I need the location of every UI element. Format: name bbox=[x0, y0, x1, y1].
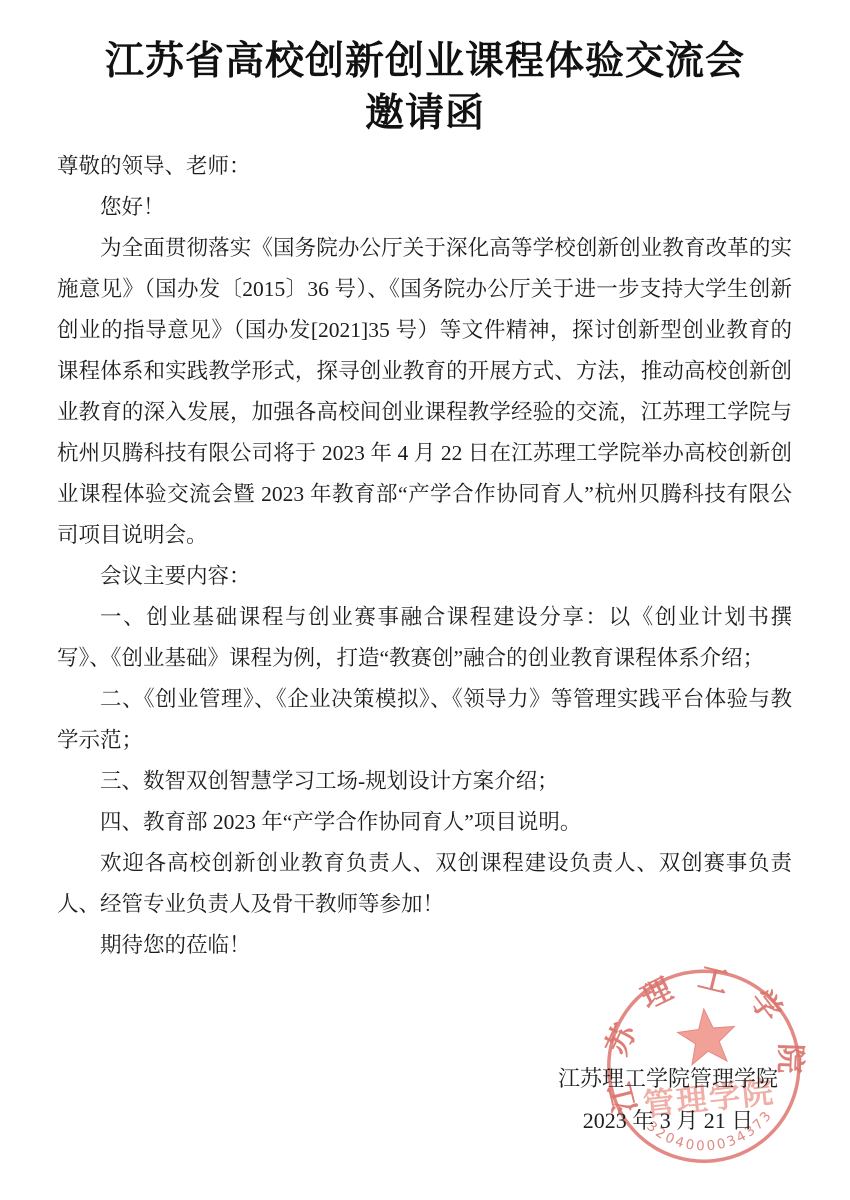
signature-org: 江苏理工学院管理学院 bbox=[558, 1058, 778, 1100]
body-paragraph: 三、数智双创智慧学习工场-规划设计方案介绍； bbox=[57, 761, 792, 802]
body-paragraph: 为全面贯彻落实《国务院办公厅关于深化高等学校创新创业教育改革的实施意见》（国办发… bbox=[57, 228, 792, 556]
body-paragraph: 尊敬的领导、老师： bbox=[57, 146, 792, 187]
seal-star-icon bbox=[675, 1006, 737, 1066]
title-line-1: 江苏省高校创新创业课程体验交流会 bbox=[0, 36, 850, 88]
body-paragraph: 期待您的莅临！ bbox=[57, 925, 792, 966]
signature-block: 江苏理工学院管理学院 2023 年 3 月 21 日 bbox=[558, 1058, 778, 1142]
signature-date: 2023 年 3 月 21 日 bbox=[558, 1100, 778, 1142]
body-paragraph: 会议主要内容： bbox=[57, 556, 792, 597]
body-paragraph: 欢迎各高校创新创业教育负责人、双创课程建设负责人、双创赛事负责人、经管专业负责人… bbox=[57, 843, 792, 925]
title-line-2: 邀请函 bbox=[0, 88, 850, 140]
invitation-letter-page: 江苏省高校创新创业课程体验交流会 邀请函 尊敬的领导、老师：您好！为全面贯彻落实… bbox=[0, 0, 850, 1200]
body-paragraph: 您好！ bbox=[57, 187, 792, 228]
body-paragraph: 四、教育部 2023 年“产学合作协同育人”项目说明。 bbox=[57, 802, 792, 843]
document-title: 江苏省高校创新创业课程体验交流会 邀请函 bbox=[0, 0, 850, 140]
body-paragraph: 二、《创业管理》、《企业决策模拟》、《领导力》等管理实践平台体验与教学示范； bbox=[57, 679, 792, 761]
body-paragraph: 一、创业基础课程与创业赛事融合课程建设分享：以《创业计划书撰写》、《创业基础》课… bbox=[57, 597, 792, 679]
body-paragraphs: 尊敬的领导、老师：您好！为全面贯彻落实《国务院办公厅关于深化高等学校创新创业教育… bbox=[57, 146, 792, 966]
